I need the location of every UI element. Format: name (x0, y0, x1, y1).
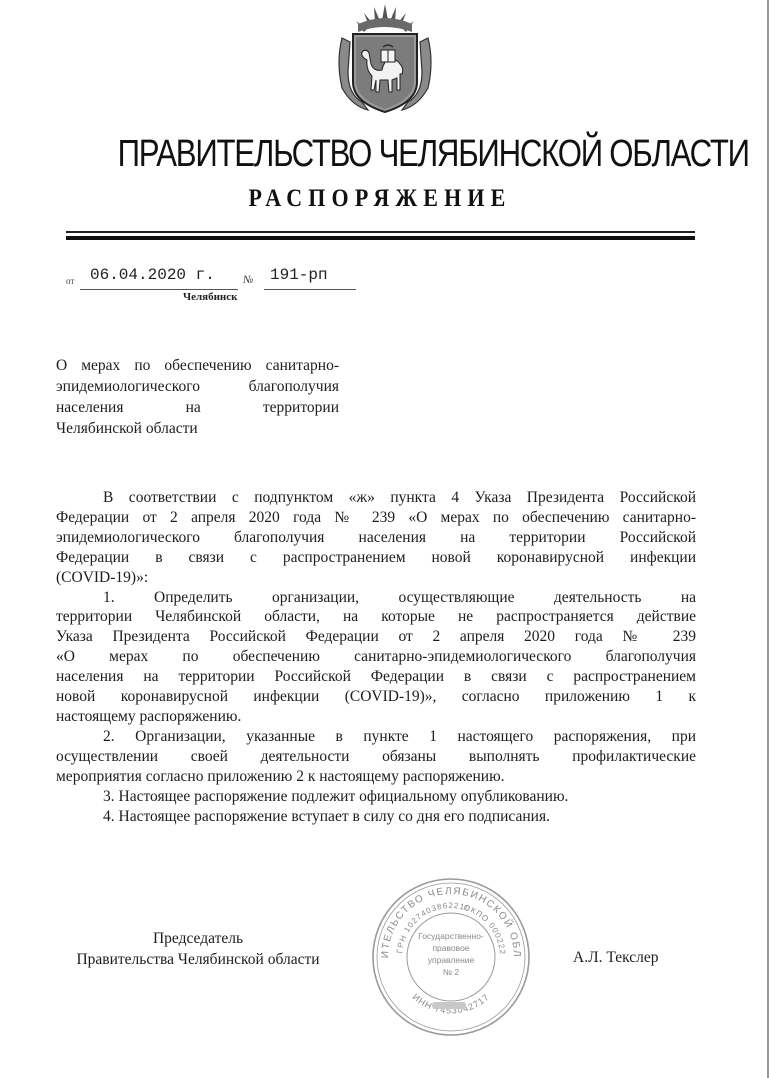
text-line: мероприятия согласно приложению 2 к наст… (56, 767, 696, 787)
date-label: от (66, 276, 74, 286)
text-line: территории Челябинской области, на котор… (56, 607, 696, 627)
header-divider-thick (66, 236, 695, 240)
text-line: (COVID-19)»: (56, 568, 696, 588)
document-type-title: РАСПОРЯЖЕНИЕ (98, 185, 661, 213)
item-2-paragraph: 2. Организации, указанные в пункте 1 нас… (56, 727, 696, 787)
text-line: 3. Настоящее распоряжение подлежит офици… (56, 787, 696, 807)
stamp-center-line-2: правовое (432, 943, 469, 953)
text-line: В соответствии с подпунктом «ж» пункта 4… (56, 488, 696, 508)
subject-line: населения на территории (56, 397, 339, 418)
number-label: № (243, 274, 253, 286)
text-line: осуществлении своей деятельности обязаны… (56, 747, 696, 767)
government-title: ПРАВИТЕЛЬСТВО ЧЕЛЯБИНСКОЙ ОБЛАСТИ (118, 133, 643, 176)
stamp-center-line-1: Государственно- (418, 931, 484, 941)
header-divider-thin (66, 231, 695, 233)
item-4-paragraph: 4. Настоящее распоряжение вступает в сил… (56, 807, 696, 827)
subject-line: О мерах по обеспечению санитарно- (56, 355, 339, 376)
stamp-smudge (432, 1002, 466, 1009)
text-line: эпидемиологического благополучия населен… (56, 528, 696, 548)
official-seal-stamp-icon: ПРАВИТЕЛЬСТВО ЧЕЛЯБИНСКОЙ ОБЛАСТИ ОГРН 1… (370, 876, 532, 1038)
document-city: Челябинск (183, 291, 237, 303)
text-line: 4. Настоящее распоряжение вступает в сил… (56, 807, 696, 827)
preamble-paragraph: В соответствии с подпунктом «ж» пункта 4… (56, 488, 696, 588)
number-underline (264, 288, 356, 290)
text-line: настоящему распоряжению. (56, 707, 696, 727)
document-date: 06.04.2020 г. (90, 266, 215, 284)
text-line: населения на территории Российской Федер… (56, 667, 696, 687)
position-line-1: Председатель (52, 928, 344, 949)
text-line: 1. Определить организации, осуществляющи… (56, 588, 696, 608)
subject-line: Челябинской области (56, 418, 339, 439)
signatory-position: Председатель Правительства Челябинской о… (52, 928, 344, 970)
coat-of-arms-icon (326, 2, 444, 120)
text-line: Указа Президента Российской Федерации от… (56, 627, 696, 647)
text-line: новой коронавирусной инфекции (COVID-19)… (56, 687, 696, 707)
document-body: В соответствии с подпунктом «ж» пункта 4… (56, 488, 696, 826)
page-edge (767, 0, 769, 1078)
date-underline (80, 288, 238, 290)
stamp-center-line-4: № 2 (443, 967, 459, 977)
document-number: 191-рп (270, 266, 328, 284)
text-line: Федерации от 2 апреля 2020 года № 239 «О… (56, 508, 696, 528)
item-3-paragraph: 3. Настоящее распоряжение подлежит офици… (56, 787, 696, 807)
text-line: Федерации в связи с распространением нов… (56, 548, 696, 568)
position-line-2: Правительства Челябинской области (52, 949, 344, 970)
text-line: 2. Организации, указанные в пункте 1 нас… (56, 727, 696, 747)
document-subject: О мерах по обеспечению санитарно- эпидем… (56, 355, 339, 439)
stamp-center-line-3: управление (428, 955, 475, 965)
item-1-paragraph: 1. Определить организации, осуществляющи… (56, 588, 696, 727)
signatory-name: А.Л. Текслер (573, 949, 658, 967)
text-line: «О мерах по обеспечению санитарно-эпидем… (56, 647, 696, 667)
subject-line: эпидемиологического благополучия (56, 376, 339, 397)
